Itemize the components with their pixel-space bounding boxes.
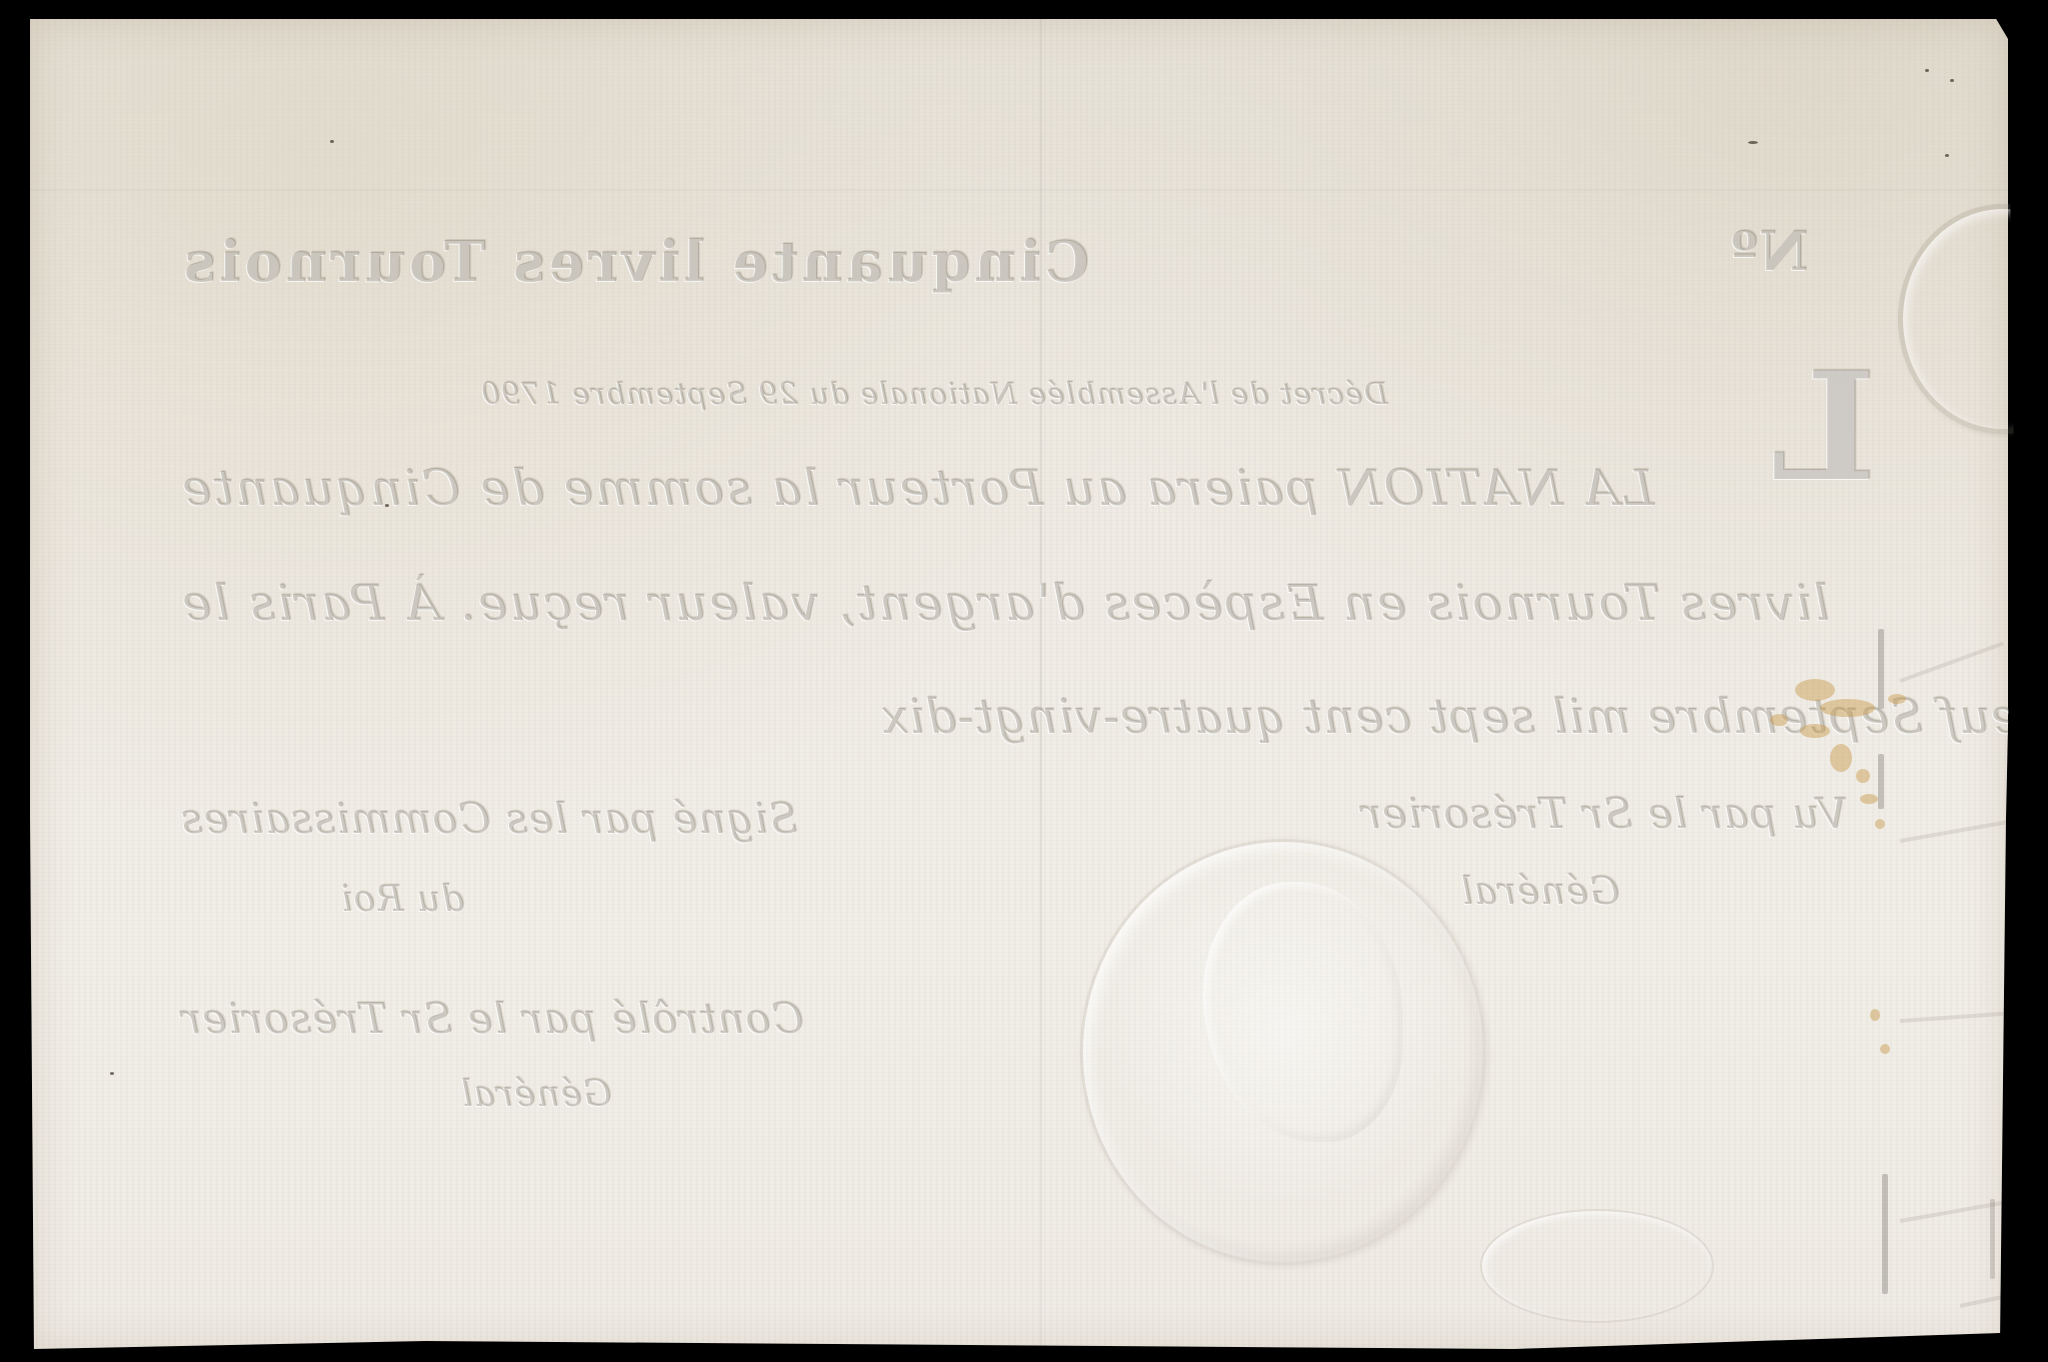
foxing-stain: [1860, 794, 1878, 804]
assignat-paper: Cinquante livres Tournois Nº Décret de l…: [30, 19, 2008, 1349]
seal-profile-figure: [1203, 882, 1403, 1142]
mirrored-signature-1: Signé par les Commissaires: [180, 794, 797, 843]
foxing-stain: [1856, 769, 1870, 783]
foxing-stain: [1888, 694, 1906, 704]
mirrored-signature-2: Contrôlé par le Sr Trésorier: [180, 994, 804, 1043]
edge-tick-mark: [1882, 1174, 1888, 1294]
foxing-stain: [1770, 714, 1788, 726]
paper-speck: [1748, 141, 1758, 144]
mirrored-visa-sub: Général: [1460, 869, 1620, 913]
mirrored-title: Cinquante livres Tournois: [180, 229, 1089, 295]
edge-oval-emboss-icon: [1898, 204, 2048, 434]
horizontal-fold-line: [30, 189, 2008, 191]
mirrored-decree-line: Décret de l'Assemblée Nationale du 29 Se…: [480, 377, 1388, 412]
vertical-fold-line: [1040, 19, 1042, 1349]
foxing-stain: [1870, 1009, 1880, 1021]
edge-emboss-line: [1900, 820, 2009, 843]
paper-speck: [330, 140, 334, 143]
foxing-stain: [1800, 724, 1830, 738]
foxing-stain: [1795, 679, 1835, 701]
edge-emboss-line: [1900, 1011, 2010, 1023]
edge-tick-mark: [1878, 629, 1884, 709]
mirrored-body-line-3: vingt-neuf Septembre mil sept cent quatr…: [880, 689, 2048, 745]
foxing-stain: [1875, 819, 1885, 829]
embossed-small-oval-icon: [1480, 1209, 1714, 1323]
foxing-stain: [1880, 1044, 1890, 1054]
paper-speck: [110, 1072, 114, 1075]
mirrored-body-line-2: livres Tournois en Espèces d'argent, val…: [180, 574, 1829, 632]
embossed-seal-icon: [1080, 839, 1486, 1265]
edge-tick-mark: [1990, 1199, 1995, 1279]
mirrored-signature-1-sub: du Roi: [340, 879, 464, 920]
paper-speck: [385, 504, 389, 507]
foxing-stain: [1820, 699, 1875, 717]
mirrored-visa: Vu par le Sr Trésorier: [1360, 789, 1847, 838]
paper-speck: [1925, 69, 1929, 72]
foxing-stain: [1830, 744, 1852, 772]
mirrored-signature-2-sub: Général: [460, 1074, 612, 1115]
mirrored-body-line-1: LA NATION paiera au Porteur la somme de …: [180, 459, 1654, 517]
paper-speck: [1950, 79, 1954, 82]
paper-speck: [1945, 154, 1949, 157]
edge-emboss-line: [1899, 641, 2004, 682]
mirrored-number-label: Nº: [1730, 219, 1808, 283]
edge-tick-mark: [1878, 754, 1884, 809]
mirrored-initial-letter: L: [1770, 339, 1876, 515]
edge-emboss-line: [1960, 1294, 2010, 1308]
